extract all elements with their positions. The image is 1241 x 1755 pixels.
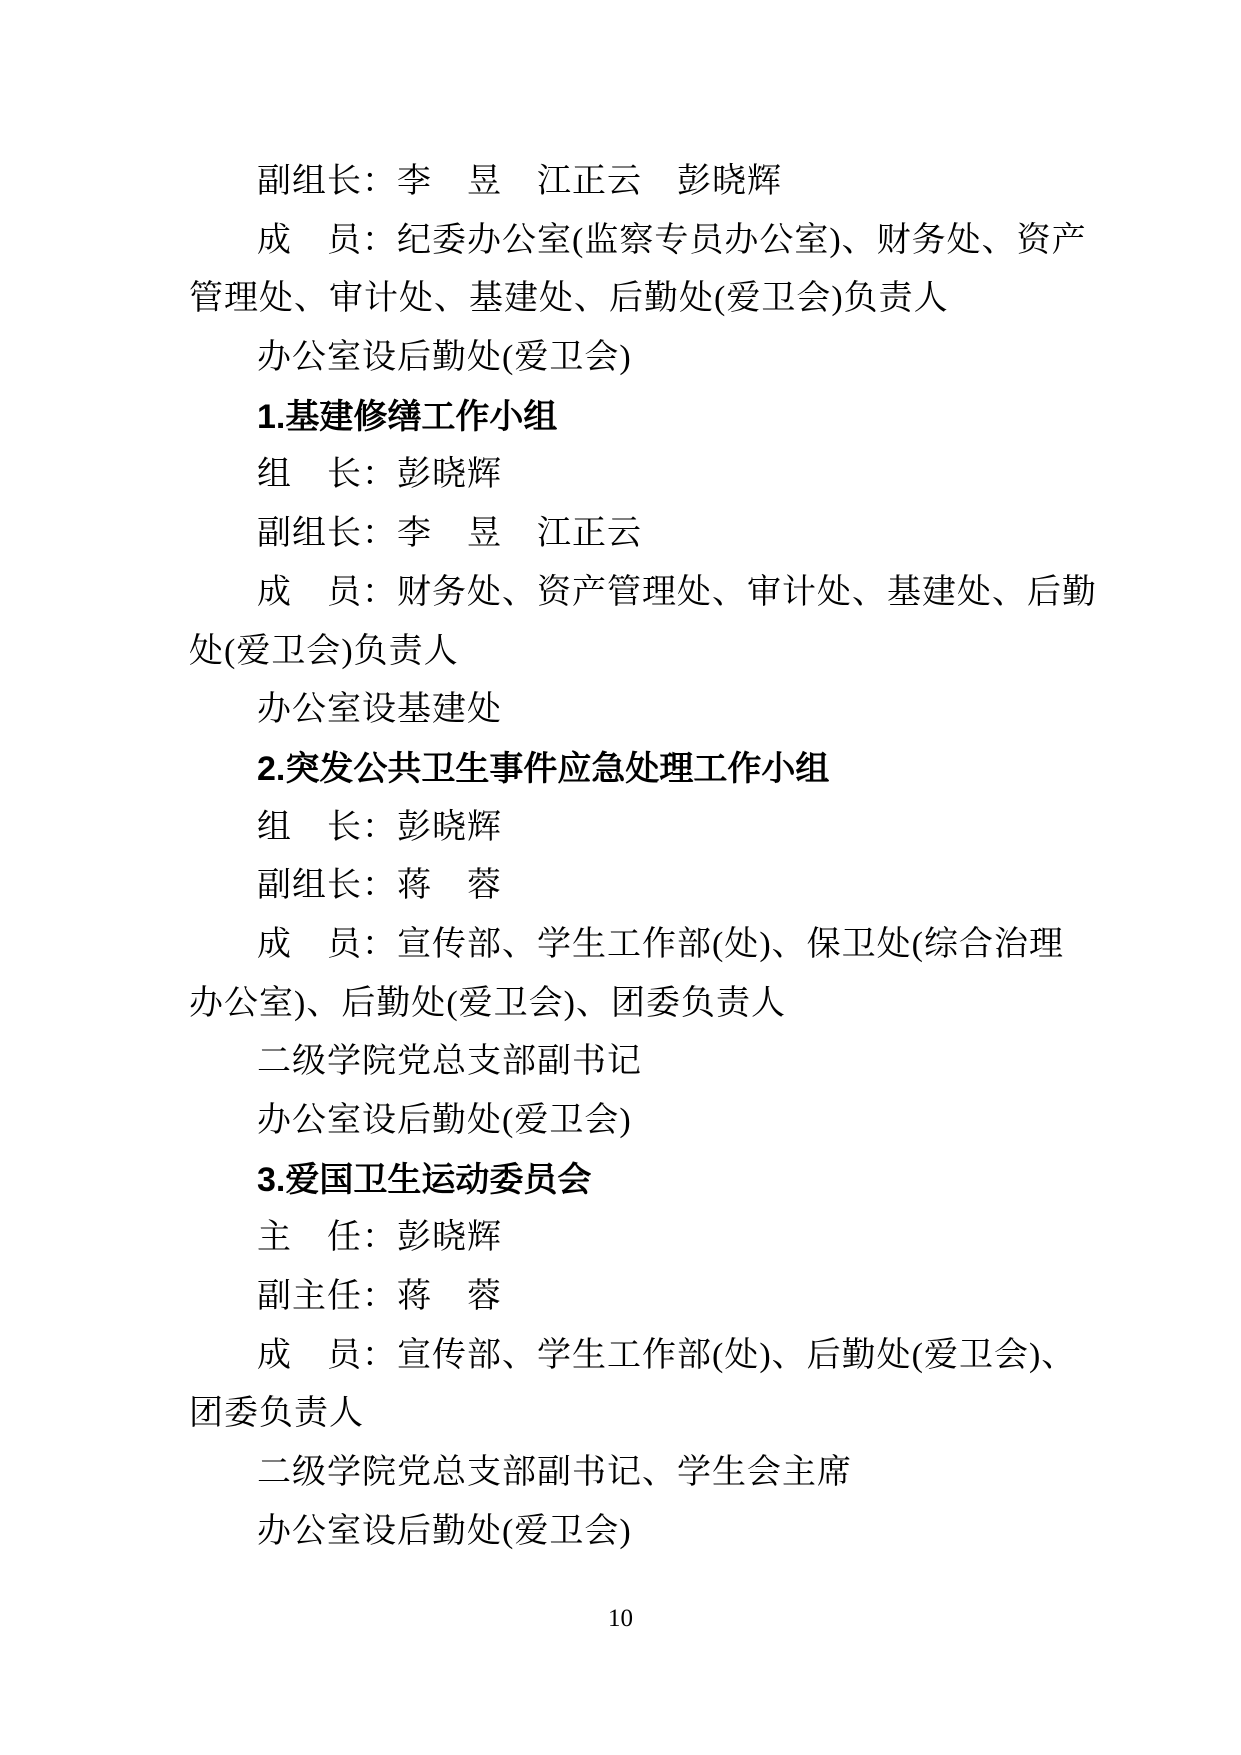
text-line: 成 员：宣传部、学生工作部(处)、后勤处(爱卫会)、 (189, 1327, 1069, 1386)
page-number: 10 (0, 1605, 1241, 1633)
text-line: 办公室)、后勤处(爱卫会)、团委负责人 (189, 975, 1069, 1034)
text-line: 二级学院党总支部副书记、学生会主席 (189, 1444, 1069, 1503)
document-body: 副组长：李 昱 江正云 彭晓辉成 员：纪委办公室(监察专员办公室)、财务处、资产… (189, 153, 1069, 1562)
text-line: 成 员：财务处、资产管理处、审计处、基建处、后勤 (189, 564, 1069, 623)
text-line: 副组长：蒋 蓉 (189, 857, 1069, 916)
text-line: 办公室设后勤处(爱卫会) (189, 1503, 1069, 1562)
text-line: 副主任：蒋 蓉 (189, 1268, 1069, 1327)
text-line: 3.爱国卫生运动委员会 (189, 1151, 1069, 1210)
text-line: 主 任：彭晓辉 (189, 1209, 1069, 1268)
text-line: 组 长：彭晓辉 (189, 446, 1069, 505)
text-line: 管理处、审计处、基建处、后勤处(爱卫会)负责人 (189, 270, 1069, 329)
text-line: 团委负责人 (189, 1385, 1069, 1444)
text-line: 处(爱卫会)负责人 (189, 623, 1069, 682)
document-page: 副组长：李 昱 江正云 彭晓辉成 员：纪委办公室(监察专员办公室)、财务处、资产… (0, 0, 1241, 1755)
text-line: 2.突发公共卫生事件应急处理工作小组 (189, 740, 1069, 799)
text-line: 副组长：李 昱 江正云 (189, 505, 1069, 564)
text-line: 成 员：宣传部、学生工作部(处)、保卫处(综合治理 (189, 916, 1069, 975)
text-line: 组 长：彭晓辉 (189, 799, 1069, 858)
text-line: 办公室设后勤处(爱卫会) (189, 329, 1069, 388)
text-line: 二级学院党总支部副书记 (189, 1033, 1069, 1092)
text-line: 副组长：李 昱 江正云 彭晓辉 (189, 153, 1069, 212)
text-line: 成 员：纪委办公室(监察专员办公室)、财务处、资产 (189, 212, 1069, 271)
text-line: 办公室设后勤处(爱卫会) (189, 1092, 1069, 1151)
text-line: 1.基建修缮工作小组 (189, 388, 1069, 447)
text-line: 办公室设基建处 (189, 681, 1069, 740)
